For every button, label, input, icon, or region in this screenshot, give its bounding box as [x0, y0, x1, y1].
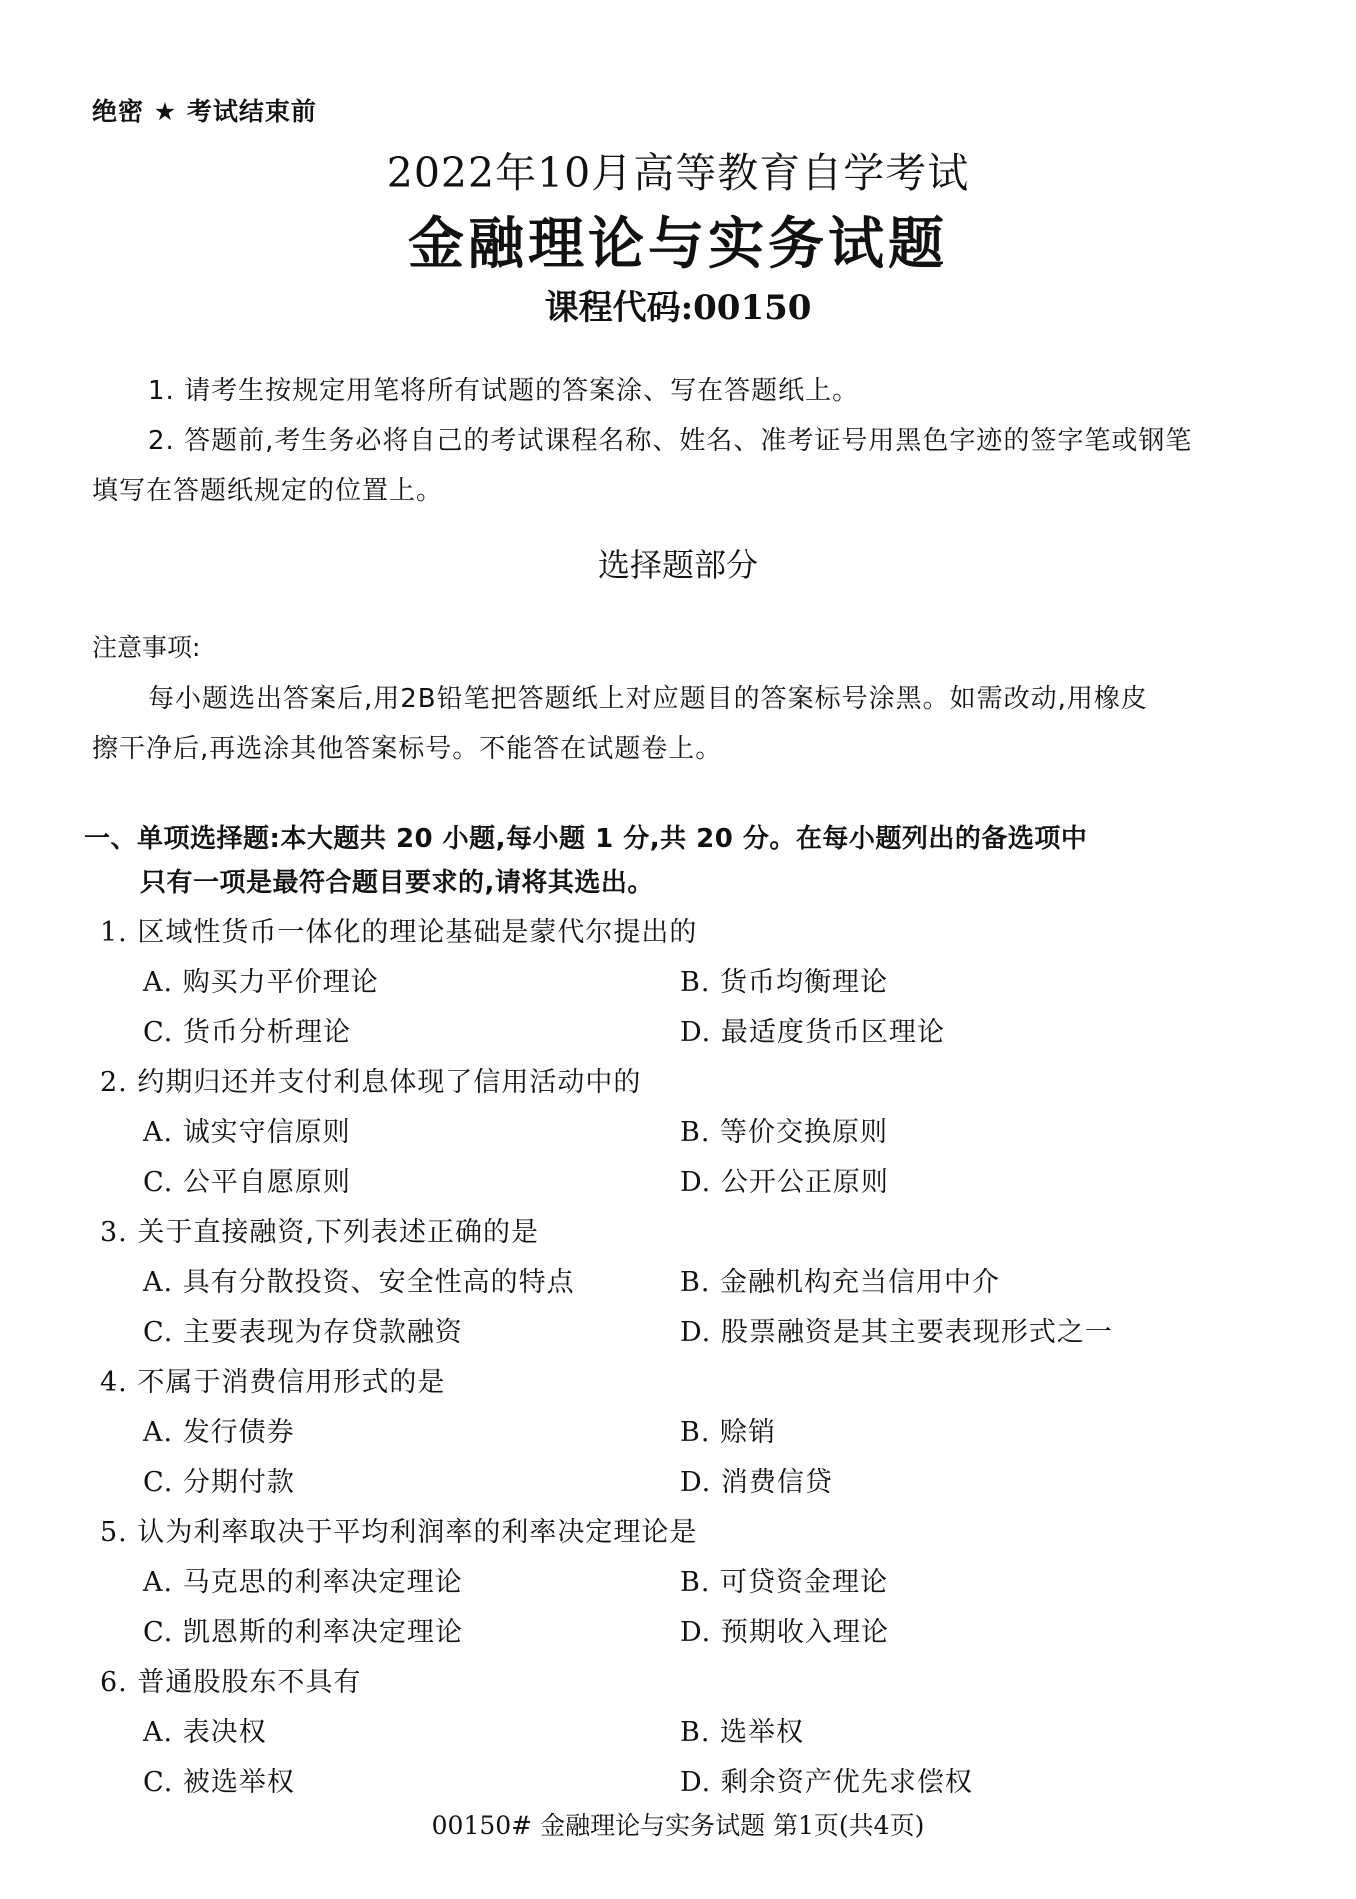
question-1: 1. 区域性货币一体化的理论基础是蒙代尔提出的 — [100, 910, 697, 949]
option-text: 消费信贷 — [721, 1467, 833, 1498]
option-text: 预期收入理论 — [721, 1617, 889, 1648]
exam-title: 2022年10月高等教育自学考试 — [0, 140, 1356, 199]
option-d[interactable]: D. 消费信贷 — [680, 1460, 833, 1499]
option-letter: A. — [143, 1117, 173, 1148]
option-c[interactable]: C. 被选举权 — [143, 1760, 295, 1799]
option-letter: B. — [680, 1267, 710, 1298]
instruction-1: 1. 请考生按规定用笔将所有试题的答案涂、写在答题纸上。 — [148, 370, 859, 407]
option-d[interactable]: D. 最适度货币区理论 — [680, 1010, 945, 1049]
section-title: 选择题部分 — [0, 540, 1356, 586]
question-number: 1. — [100, 917, 128, 948]
option-letter: D. — [680, 1467, 711, 1498]
question-6: 6. 普通股股东不具有 — [100, 1660, 361, 1699]
question-stem: 不属于消费信用形式的是 — [137, 1367, 445, 1398]
option-text: 等价交换原则 — [720, 1117, 888, 1148]
notes-label: 注意事项: — [92, 628, 200, 664]
option-text: 金融机构充当信用中介 — [720, 1267, 1000, 1298]
option-text: 分期付款 — [183, 1467, 295, 1498]
option-d[interactable]: D. 股票融资是其主要表现形式之一 — [680, 1310, 1113, 1349]
option-letter: A. — [143, 1567, 173, 1598]
option-d[interactable]: D. 剩余资产优先求偿权 — [680, 1760, 973, 1799]
option-letter: B. — [680, 967, 710, 998]
option-letter: C. — [143, 1467, 173, 1498]
option-text: 具有分散投资、安全性高的特点 — [183, 1267, 575, 1298]
option-c[interactable]: C. 货币分析理论 — [143, 1010, 351, 1049]
option-text: 马克思的利率决定理论 — [183, 1567, 463, 1598]
part-one-heading: 一、单项选择题:本大题共 20 小题,每小题 1 分,共 20 分。在每小题列出… — [84, 818, 1087, 855]
option-text: 货币分析理论 — [183, 1017, 351, 1048]
question-number: 3. — [100, 1217, 128, 1248]
option-text: 发行债券 — [183, 1417, 295, 1448]
question-stem: 认为利率取决于平均利润率的利率决定理论是 — [137, 1517, 697, 1548]
question-4: 4. 不属于消费信用形式的是 — [100, 1360, 445, 1399]
option-b[interactable]: B. 等价交换原则 — [680, 1110, 888, 1149]
question-stem: 普通股股东不具有 — [137, 1667, 361, 1698]
option-a[interactable]: A. 马克思的利率决定理论 — [143, 1560, 463, 1599]
option-letter: D. — [680, 1617, 711, 1648]
page-footer: 00150# 金融理论与实务试题 第1页(共4页) — [0, 1806, 1356, 1842]
option-letter: A. — [143, 1717, 173, 1748]
option-text: 可贷资金理论 — [720, 1567, 888, 1598]
option-b[interactable]: B. 赊销 — [680, 1410, 776, 1449]
option-text: 诚实守信原则 — [183, 1117, 351, 1148]
option-letter: D. — [680, 1317, 711, 1348]
course-code: 课程代码:00150 — [0, 280, 1356, 329]
option-letter: B. — [680, 1717, 710, 1748]
option-a[interactable]: A. 诚实守信原则 — [143, 1110, 351, 1149]
option-b[interactable]: B. 可贷资金理论 — [680, 1560, 888, 1599]
option-letter: B. — [680, 1417, 710, 1448]
option-text: 表决权 — [183, 1717, 267, 1748]
subject-title: 金融理论与实务试题 — [0, 200, 1356, 280]
option-letter: D. — [680, 1767, 711, 1798]
option-letter: A. — [143, 1267, 173, 1298]
option-letter: C. — [143, 1767, 173, 1798]
option-c[interactable]: C. 分期付款 — [143, 1460, 295, 1499]
question-5: 5. 认为利率取决于平均利润率的利率决定理论是 — [100, 1510, 697, 1549]
question-number: 6. — [100, 1667, 128, 1698]
option-text: 最适度货币区理论 — [721, 1017, 945, 1048]
option-d[interactable]: D. 预期收入理论 — [680, 1610, 889, 1649]
option-a[interactable]: A. 具有分散投资、安全性高的特点 — [143, 1260, 575, 1299]
question-number: 5. — [100, 1517, 128, 1548]
option-text: 凯恩斯的利率决定理论 — [183, 1617, 463, 1648]
option-b[interactable]: B. 金融机构充当信用中介 — [680, 1260, 1000, 1299]
option-letter: A. — [143, 1417, 173, 1448]
option-text: 赊销 — [720, 1417, 776, 1448]
question-stem: 区域性货币一体化的理论基础是蒙代尔提出的 — [137, 917, 697, 948]
question-2: 2. 约期归还并支付利息体现了信用活动中的 — [100, 1060, 641, 1099]
option-letter: C. — [143, 1617, 173, 1648]
option-a[interactable]: A. 购买力平价理论 — [143, 960, 379, 999]
option-c[interactable]: C. 凯恩斯的利率决定理论 — [143, 1610, 463, 1649]
instruction-2: 2. 答题前,考生务必将自己的考试课程名称、姓名、准考证号用黑色字迹的签字笔或钢… — [148, 420, 1192, 457]
option-letter: B. — [680, 1117, 710, 1148]
option-letter: A. — [143, 967, 173, 998]
option-letter: B. — [680, 1567, 710, 1598]
question-number: 4. — [100, 1367, 128, 1398]
notes-line-1: 每小题选出答案后,用2B铅笔把答题纸上对应题目的答案标号涂黑。如需改动,用橡皮 — [148, 678, 1148, 715]
option-text: 股票融资是其主要表现形式之一 — [721, 1317, 1113, 1348]
option-text: 公开公正原则 — [721, 1167, 889, 1198]
instruction-2-continued: 填写在答题纸规定的位置上。 — [92, 470, 443, 507]
option-c[interactable]: C. 主要表现为存贷款融资 — [143, 1310, 463, 1349]
option-letter: C. — [143, 1167, 173, 1198]
option-text: 主要表现为存贷款融资 — [183, 1317, 463, 1348]
option-a[interactable]: A. 表决权 — [143, 1710, 267, 1749]
question-stem: 约期归还并支付利息体现了信用活动中的 — [137, 1067, 641, 1098]
option-text: 公平自愿原则 — [183, 1167, 351, 1198]
question-stem: 关于直接融资,下列表述正确的是 — [137, 1217, 539, 1248]
option-letter: D. — [680, 1167, 711, 1198]
option-text: 被选举权 — [183, 1767, 295, 1798]
option-text: 购买力平价理论 — [183, 967, 379, 998]
option-letter: D. — [680, 1017, 711, 1048]
option-d[interactable]: D. 公开公正原则 — [680, 1160, 889, 1199]
option-text: 剩余资产优先求偿权 — [721, 1767, 973, 1798]
notes-line-2: 擦干净后,再选涂其他答案标号。不能答在试题卷上。 — [92, 728, 722, 765]
option-text: 货币均衡理论 — [720, 967, 888, 998]
option-c[interactable]: C. 公平自愿原则 — [143, 1160, 351, 1199]
question-3: 3. 关于直接融资,下列表述正确的是 — [100, 1210, 539, 1249]
option-letter: C. — [143, 1017, 173, 1048]
option-b[interactable]: B. 货币均衡理论 — [680, 960, 888, 999]
confidential-label: 绝密 ★ 考试结束前 — [92, 92, 317, 128]
part-one-heading-continued: 只有一项是最符合题目要求的,请将其选出。 — [140, 862, 654, 899]
question-number: 2. — [100, 1067, 128, 1098]
option-b[interactable]: B. 选举权 — [680, 1710, 804, 1749]
option-letter: C. — [143, 1317, 173, 1348]
option-text: 选举权 — [720, 1717, 804, 1748]
option-a[interactable]: A. 发行债券 — [143, 1410, 295, 1449]
